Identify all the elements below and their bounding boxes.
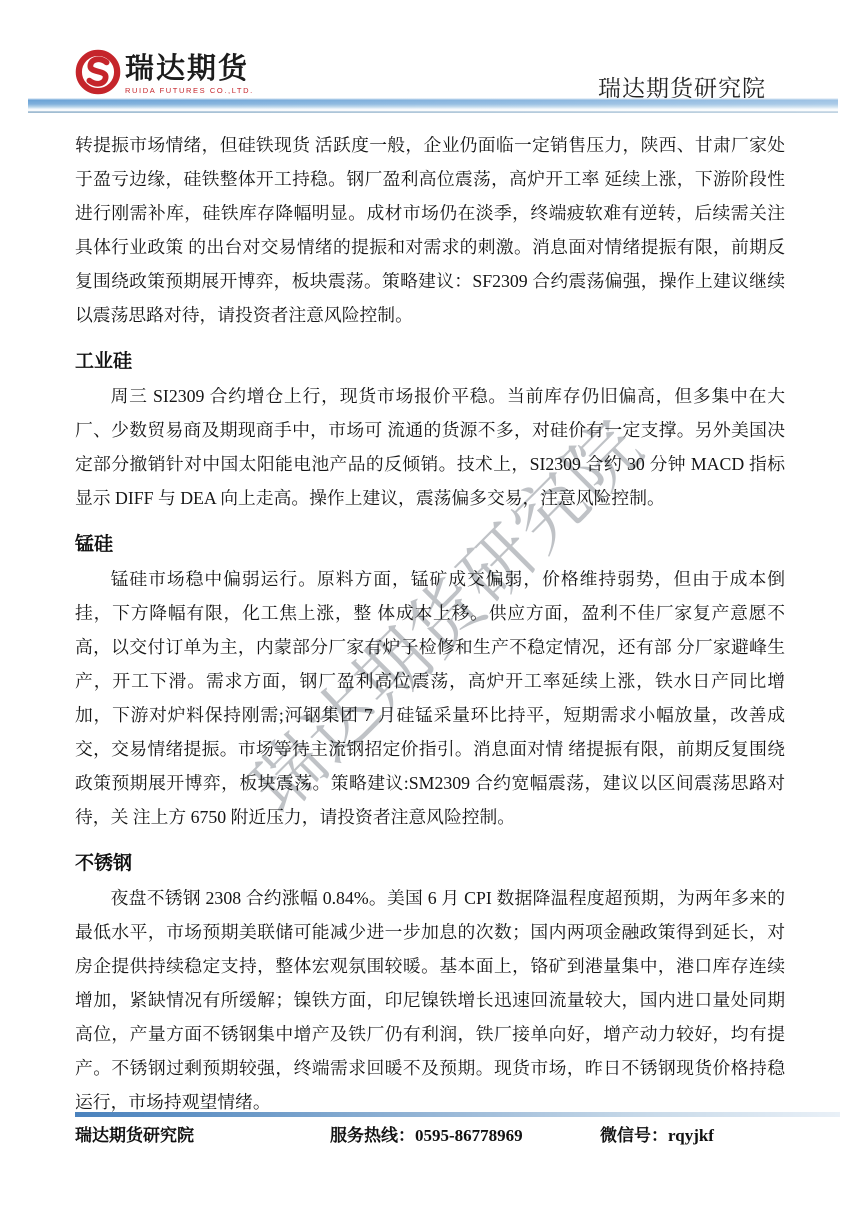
footer-wechat-label: 微信号： — [600, 1126, 668, 1145]
report-page: 瑞达期货 RUIDA FUTURES CO.,LTD. 瑞达期货研究院 瑞达期货… — [0, 0, 860, 1217]
footer-hotline: 服务热线：0595-86778969 — [330, 1122, 523, 1150]
intro-paragraph: 转提振市场情绪，但硅铁现货 活跃度一般，企业仍面临一定销售压力，陕西、甘肃厂家处… — [75, 128, 785, 332]
section-heading-silicomanganese: 锰硅 — [75, 528, 785, 562]
section-body-industrial-silicon: 周三 SI2309 合约增仓上行，现货市场报价平稳。当前库存仍旧偏高，但多集中在… — [75, 379, 785, 515]
ruida-logo-icon — [75, 48, 121, 96]
footer-wechat-id: rqyjkf — [668, 1126, 714, 1145]
footer-wechat: 微信号：rqyjkf — [600, 1122, 714, 1150]
footer: 瑞达期货研究院 服务热线：0595-86778969 微信号：rqyjkf — [75, 1122, 785, 1150]
section-body-silicomanganese: 锰硅市场稳中偏弱运行。原料方面，锰矿成交偏弱，价格维持弱势，但由于成本倒挂，下方… — [75, 562, 785, 834]
section-body-stainless-steel: 夜盘不锈钢 2308 合约涨幅 0.84%。美国 6 月 CPI 数据降温程度超… — [75, 881, 785, 1119]
footer-hotline-number: 0595-86778969 — [415, 1126, 523, 1145]
document-body: 转提振市场情绪，但硅铁现货 活跃度一般，企业仍面临一定销售压力，陕西、甘肃厂家处… — [75, 128, 785, 1119]
section-heading-stainless-steel: 不锈钢 — [75, 847, 785, 881]
brand-name-en: RUIDA FUTURES CO.,LTD. — [125, 86, 254, 95]
footer-hotline-label: 服务热线： — [330, 1126, 415, 1145]
brand-name-cn: 瑞达期货 — [125, 52, 254, 86]
footer-institute: 瑞达期货研究院 — [75, 1122, 194, 1150]
logo-texts: 瑞达期货 RUIDA FUTURES CO.,LTD. — [125, 48, 254, 95]
company-logo: 瑞达期货 RUIDA FUTURES CO.,LTD. — [75, 48, 254, 96]
section-heading-industrial-silicon: 工业硅 — [75, 345, 785, 379]
header-divider-bar — [28, 98, 838, 113]
